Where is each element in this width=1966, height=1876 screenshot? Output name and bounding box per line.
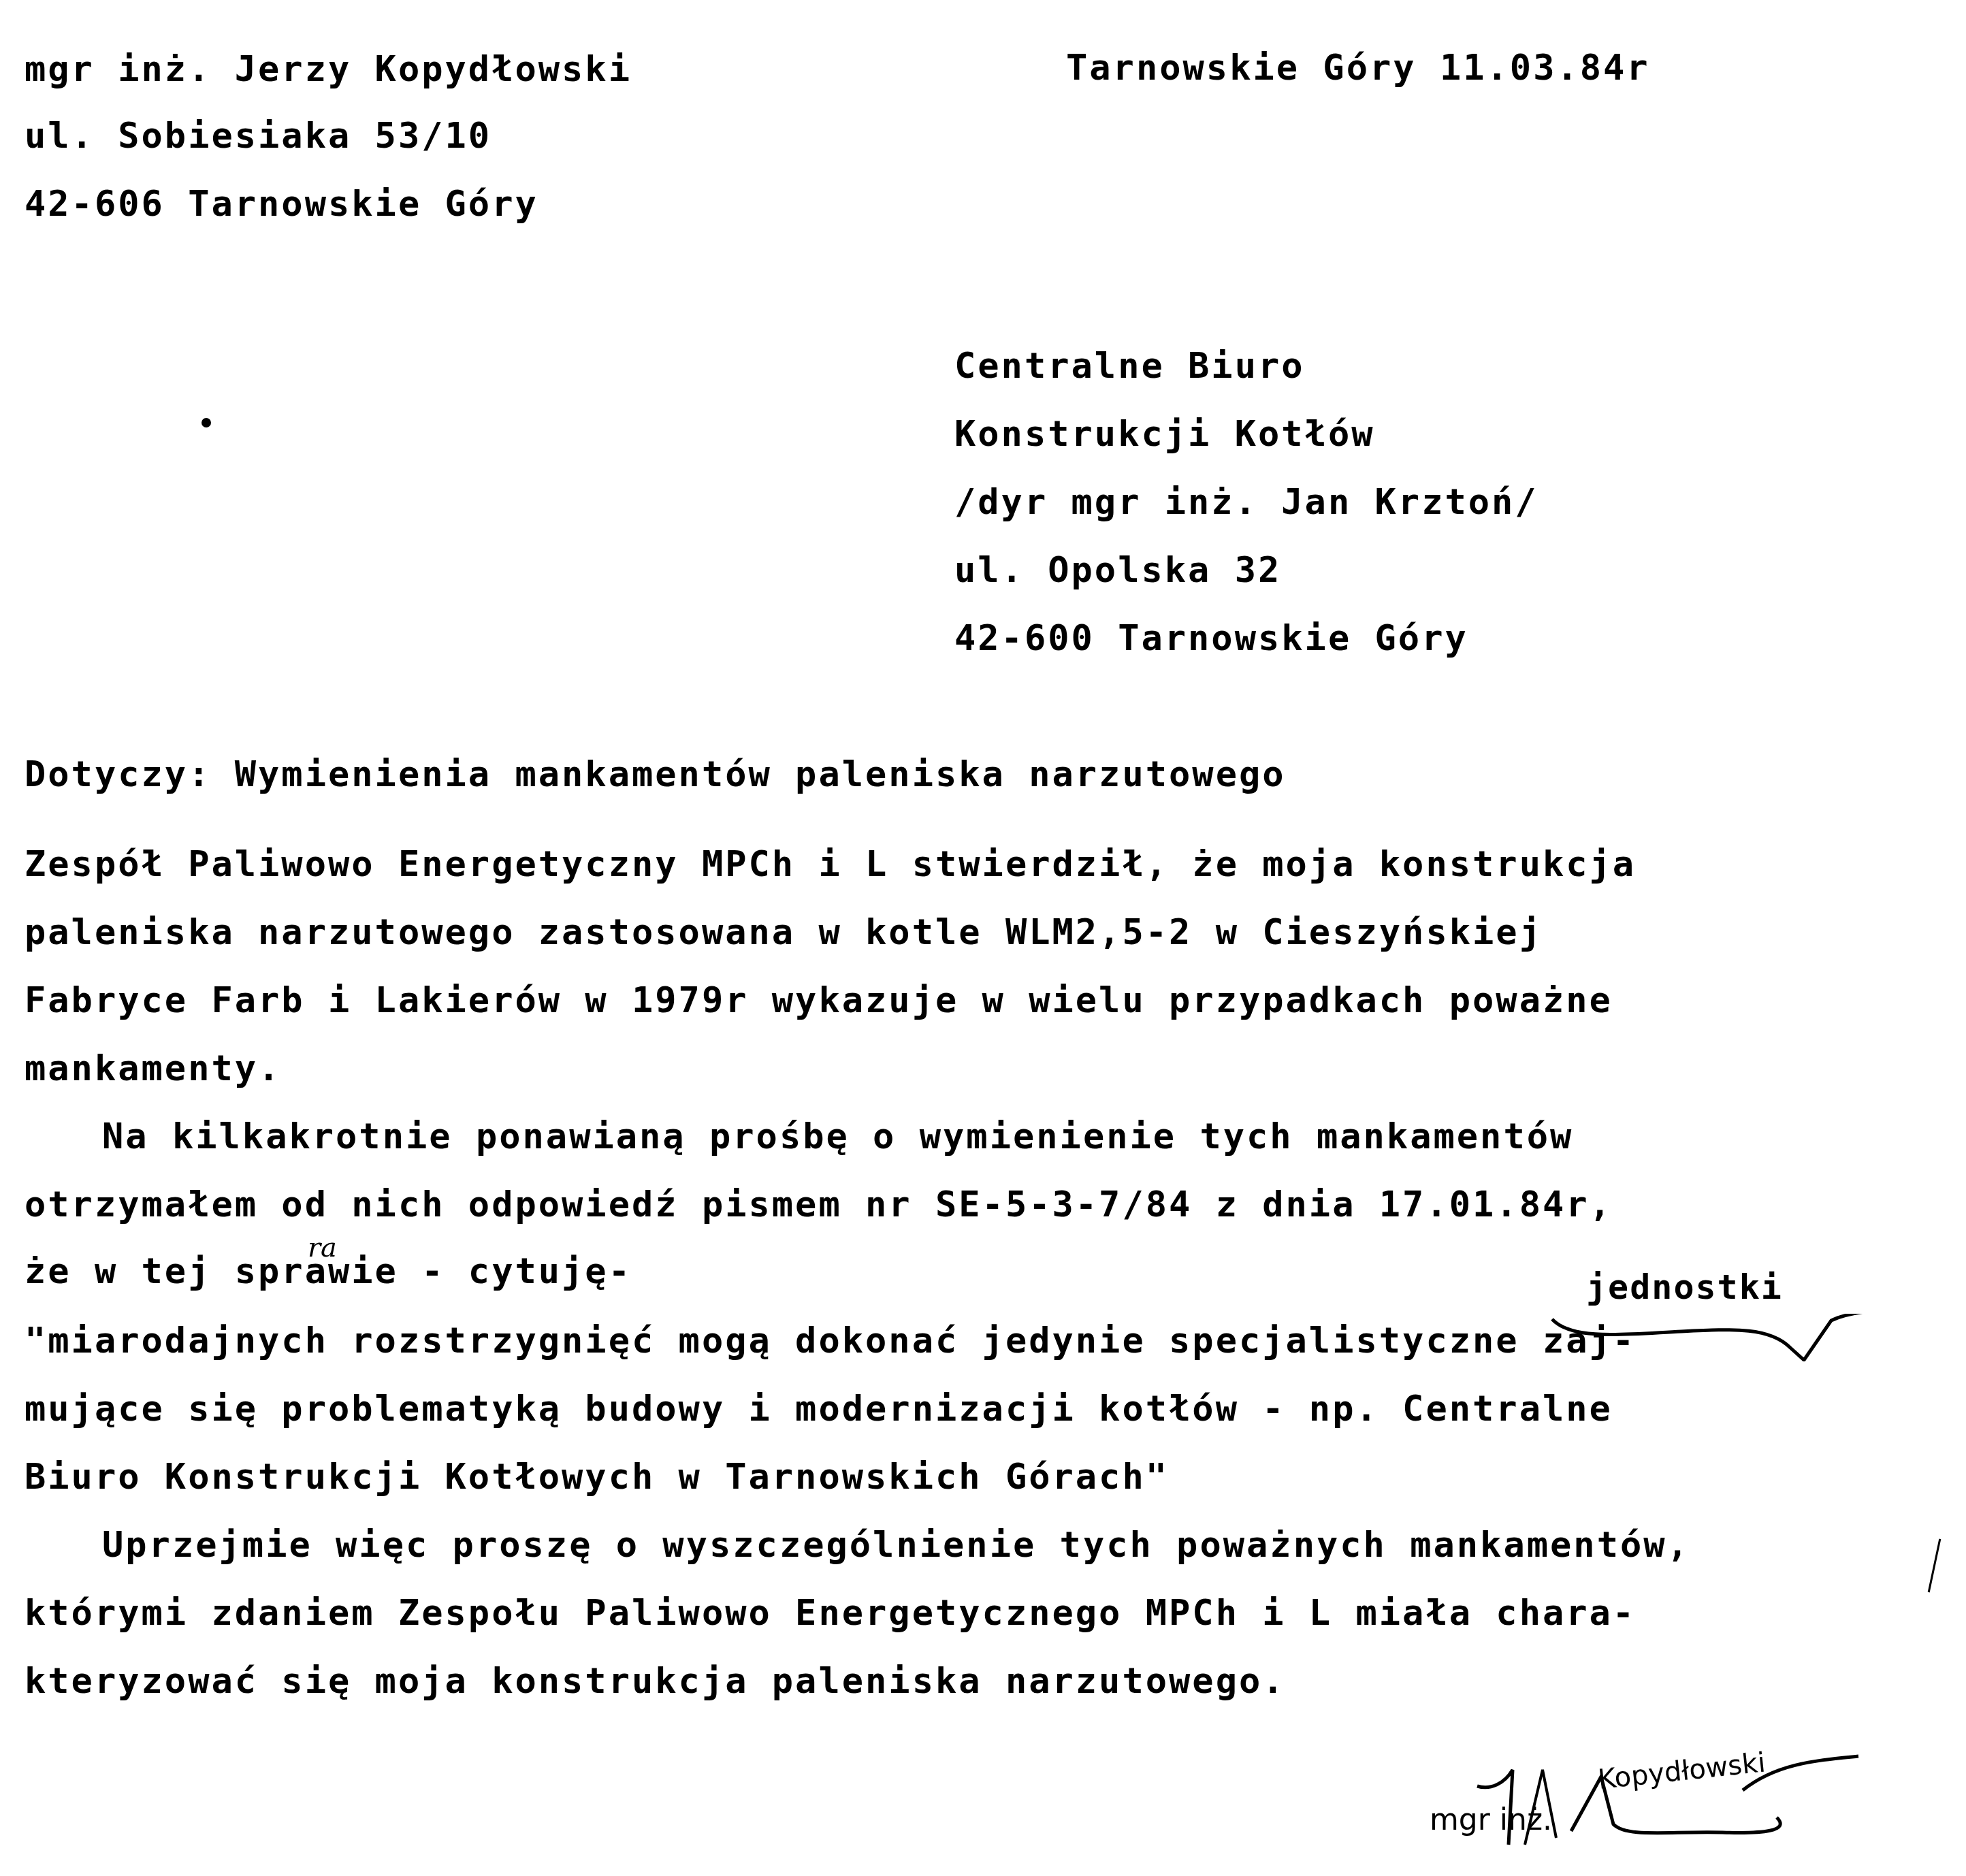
quote-line: Biuro Konstrukcji Kotłowych w Tarnowskic…	[25, 1457, 1169, 1498]
quote-line: mujące się problematyką budowy i moderni…	[25, 1389, 1613, 1429]
recipient-line-2: Konstrukcji Kotłów	[954, 414, 1375, 455]
sender-street: ul. Sobiesiaka 53/10	[25, 116, 491, 157]
body-line: otrzymałem od nich odpowiedź pismem nr S…	[25, 1184, 1613, 1225]
place-date: Tarnowskie Góry 11.03.84r	[1066, 48, 1650, 88]
insertion-caret-icon	[1545, 1314, 1927, 1361]
subject-line: Dotyczy: Wymienienia mankamentów palenis…	[25, 754, 1286, 795]
body-line: którymi zdaniem Zespołu Paliwowo Energet…	[25, 1593, 1636, 1634]
recipient-line-4: ul. Opolska 32	[954, 550, 1281, 591]
body-line: Zespół Paliwowo Energetyczny MPCh i L st…	[25, 844, 1636, 885]
recipient-line-5: 42-600 Tarnowskie Góry	[954, 618, 1468, 659]
ink-speck	[202, 418, 211, 427]
sender-city: 42-606 Tarnowskie Góry	[25, 184, 538, 225]
body-line: Uprzejmie więc proszę o wyszczególnienie…	[102, 1525, 1690, 1566]
body-line: Fabryce Farb i Lakierów w 1979r wykazuje…	[25, 980, 1613, 1021]
body-line: mankamenty.	[25, 1048, 281, 1089]
body-line: Na kilkakrotnie ponawianą prośbę o wymie…	[102, 1116, 1573, 1157]
quote-line: "miarodajnych rozstrzygnięć mogą dokonać…	[25, 1321, 1636, 1361]
body-line: paleniska narzutowego zastosowana w kotl…	[25, 912, 1543, 953]
handwritten-correction: ra	[308, 1232, 337, 1263]
body-line: kteryzować się moja konstrukcja palenisk…	[25, 1661, 1286, 1702]
recipient-line-1: Centralne Biuro	[954, 346, 1305, 387]
recipient-line-3: /dyr mgr inż. Jan Krztoń/	[954, 482, 1538, 523]
handwritten-insertion: jednostki	[1586, 1267, 1783, 1307]
signature-prefix: mgr inż.	[1430, 1802, 1552, 1837]
margin-mark	[1928, 1539, 1941, 1593]
sender-name: mgr inż. Jerzy Kopydłowski	[25, 49, 632, 90]
